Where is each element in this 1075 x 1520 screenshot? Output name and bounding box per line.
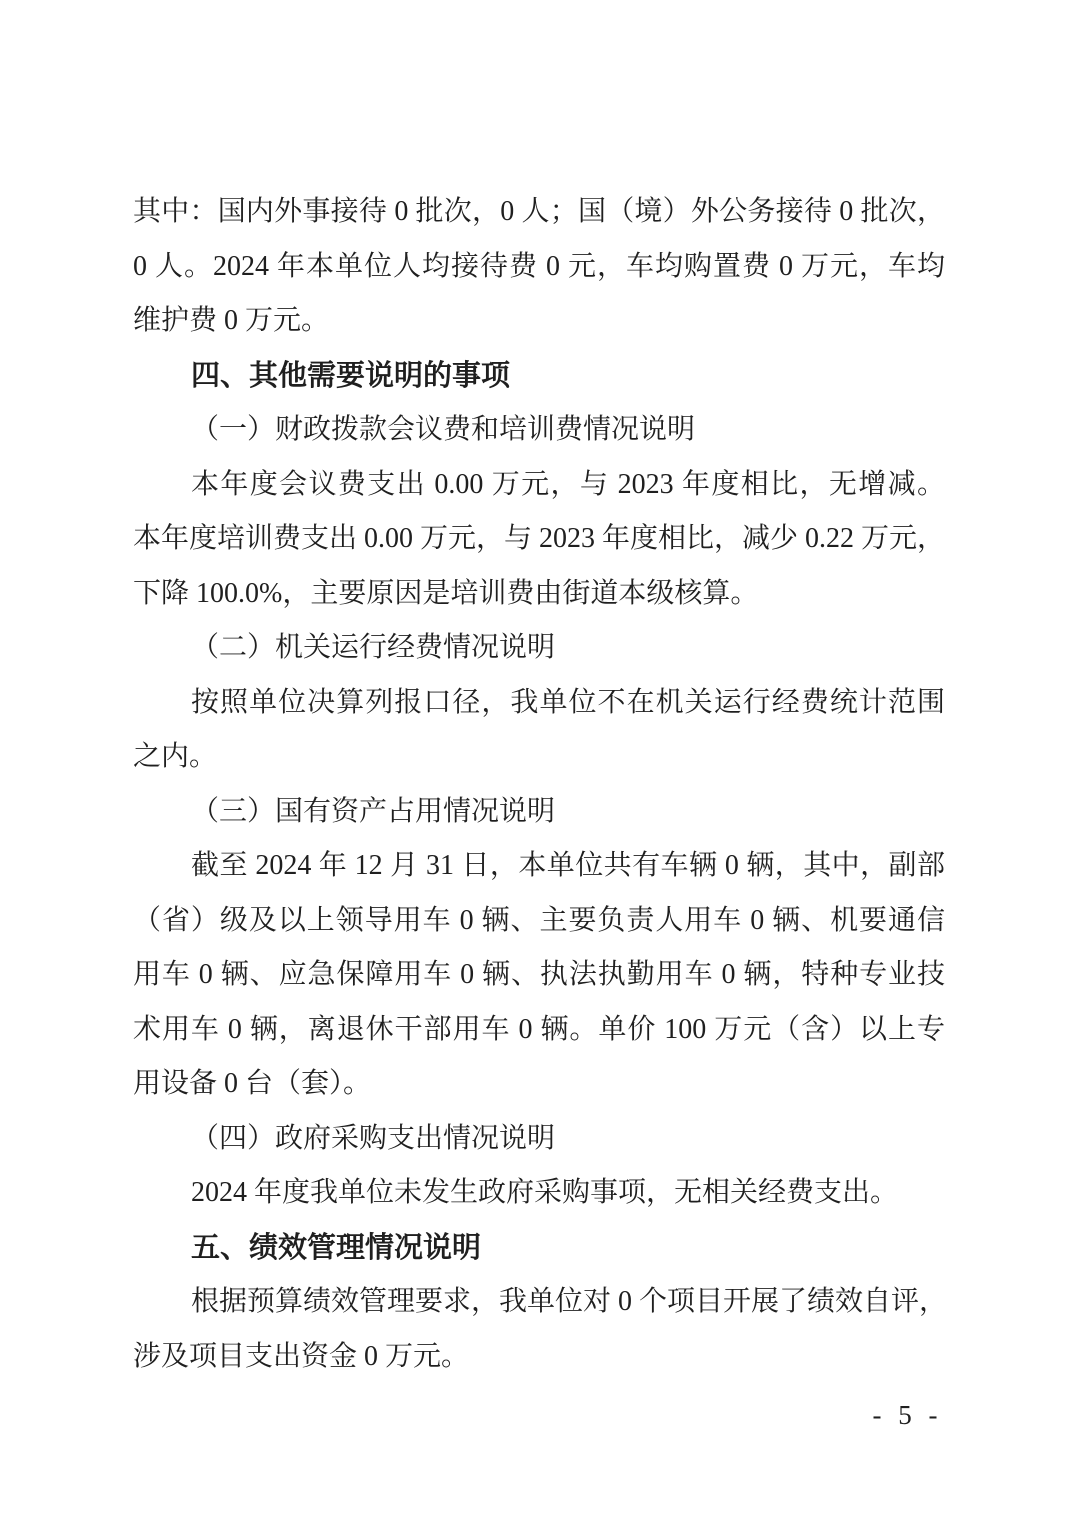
subheading-operating-expenses: （二）机关运行经费情况说明 (133, 621, 945, 676)
paragraph-line: （省）级及以上领导用车 0 辆、主要负责人用车 0 辆、机要通信 (133, 894, 945, 949)
subheading-state-assets: （三）国有资产占用情况说明 (133, 785, 945, 840)
paragraph-line: 之内。 (133, 730, 945, 785)
subheading-meeting-training-fees: （一）财政拨款会议费和培训费情况说明 (133, 403, 945, 458)
subheading-gov-procurement: （四）政府采购支出情况说明 (133, 1112, 945, 1167)
paragraph-line: 按照单位决算列报口径，我单位不在机关运行经费统计范围 (133, 676, 945, 731)
paragraph-line: 2024 年度我单位未发生政府采购事项，无相关经费支出。 (133, 1166, 945, 1221)
paragraph-line: 术用车 0 辆，离退休干部用车 0 辆。单价 100 万元（含）以上专 (133, 1003, 945, 1058)
paragraph-line: 下降 100.0%，主要原因是培训费由街道本级核算。 (133, 567, 945, 622)
paragraph-line: 本年度会议费支出 0.00 万元，与 2023 年度相比，无增减。 (133, 458, 945, 513)
paragraph-line: 本年度培训费支出 0.00 万元，与 2023 年度相比，减少 0.22 万元， (133, 512, 945, 567)
paragraph-line: 用车 0 辆、应急保障用车 0 辆、执法执勤用车 0 辆，特种专业技 (133, 948, 945, 1003)
paragraph-line: 截至 2024 年 12 月 31 日，本单位共有车辆 0 辆，其中，副部 (133, 839, 945, 894)
paragraph-line: 涉及项目支出资金 0 万元。 (133, 1330, 945, 1385)
page-content: 其中：国内外事接待 0 批次，0 人；国（境）外公务接待 0 批次， 0 人。2… (133, 185, 945, 1384)
paragraph-line: 根据预算绩效管理要求，我单位对 0 个项目开展了绩效自评， (133, 1275, 945, 1330)
paragraph-line: 其中：国内外事接待 0 批次，0 人；国（境）外公务接待 0 批次， (133, 185, 945, 240)
paragraph-line: 维护费 0 万元。 (133, 294, 945, 349)
heading-section-5-performance: 五、绩效管理情况说明 (133, 1221, 945, 1276)
document-page: 其中：国内外事接待 0 批次，0 人；国（境）外公务接待 0 批次， 0 人。2… (0, 0, 1075, 1520)
heading-section-4-other-matters: 四、其他需要说明的事项 (133, 349, 945, 404)
page-number: - 5 - (845, 1400, 965, 1431)
paragraph-line: 用设备 0 台（套）。 (133, 1057, 945, 1112)
paragraph-line: 0 人。2024 年本单位人均接待费 0 元，车均购置费 0 万元，车均 (133, 240, 945, 295)
